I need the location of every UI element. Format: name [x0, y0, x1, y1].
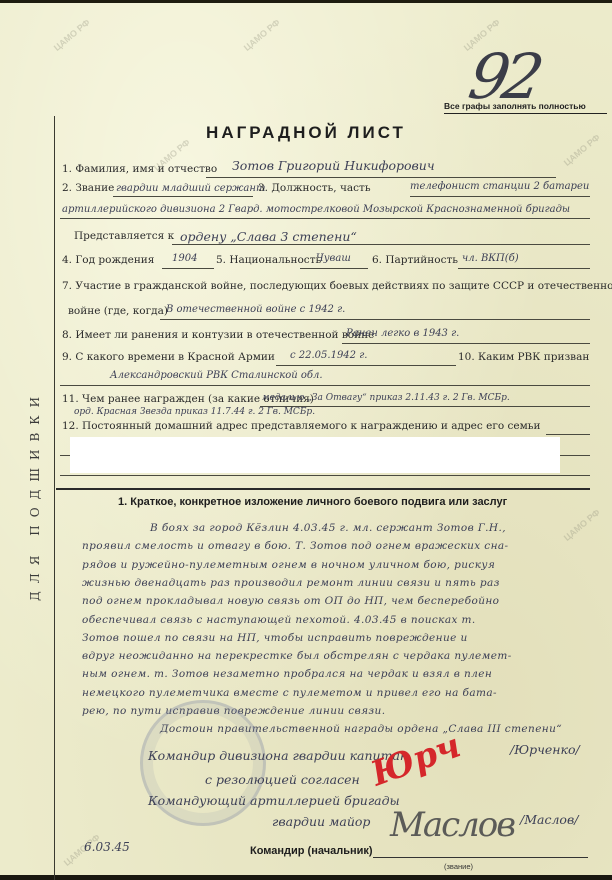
- field-4-label: 4. Год рождения: [62, 254, 154, 266]
- binding-margin-line: [54, 116, 55, 880]
- presented-line: [172, 244, 590, 245]
- field-2-line: [113, 196, 253, 197]
- field-6-line: [458, 268, 590, 269]
- section-title: 1. Краткое, конкретное изложение личного…: [118, 496, 507, 508]
- field-1-label: 1. Фамилия, имя и отчество: [62, 163, 217, 175]
- section-divider: [56, 488, 590, 490]
- watermark: ЦАМО РФ: [242, 17, 282, 53]
- field-9-label: 9. С какого времени в Красной Армии: [62, 351, 275, 363]
- field-10-value: Александровский РВК Сталинской обл.: [110, 370, 323, 381]
- field-9-line: [276, 365, 456, 366]
- field-5-value: Чуваш: [316, 253, 351, 264]
- watermark: ЦАМО РФ: [52, 17, 92, 53]
- field-8-label: 8. Имеет ли ранения и контузии в отечест…: [62, 329, 374, 341]
- field-3-cont-line: [60, 218, 590, 219]
- field-1-value: Зотов Григорий Никифорович: [232, 158, 435, 173]
- field-9-value: с 22.05.1942 г.: [290, 350, 367, 361]
- signatory-name-2: /Маслов/: [520, 812, 578, 827]
- field-4-value: 1904: [172, 253, 197, 264]
- rank-caption: (звание): [444, 862, 473, 871]
- field-5-label: 5. Национальность: [216, 254, 321, 266]
- binding-label: ДЛЯ ПОДШИВКИ: [28, 370, 52, 620]
- feat-line: В боях за город Кёзлин 4.03.45 г. мл. се…: [150, 522, 506, 534]
- award-sheet-page: ДЛЯ ПОДШИВКИ ЦАМО РФ ЦАМО РФ ЦАМО РФ ЦАМ…: [0, 0, 612, 880]
- commander-label: Командир (начальник): [250, 845, 373, 857]
- feat-line: вдруг неожиданно на перекрестке был обст…: [82, 650, 512, 662]
- presented-value: ордену „Слава 3 степени“: [180, 229, 357, 244]
- scan-top-edge: [0, 0, 612, 3]
- feat-line: проявил смелость и отвагу в бою. Т. Зото…: [82, 540, 509, 552]
- feat-line: рядов и ружейно-пулеметным огнем в ночно…: [82, 559, 495, 571]
- field-4-line: [162, 268, 214, 269]
- field-12-line: [546, 434, 590, 435]
- field-3-line: [410, 196, 590, 197]
- field-7-line: [160, 319, 590, 320]
- field-5-line: [300, 268, 368, 269]
- field-7-label-cont: войне (где, когда): [68, 305, 168, 317]
- scan-bottom-edge: [0, 875, 612, 880]
- field-6-value: чл. ВКП(б): [462, 253, 519, 264]
- field-8-value: Ранен легко в 1943 г.: [346, 328, 459, 339]
- document-title: НАГРАДНОЙ ЛИСТ: [0, 123, 612, 143]
- field-8-line: [342, 343, 590, 344]
- signature-line-3: Командующий артиллерией бригады: [148, 793, 400, 808]
- document-date: 6.03.45: [84, 840, 130, 854]
- feat-line: обеспечивал связь с наступающей пехотой.…: [82, 614, 476, 626]
- field-3-label: 3. Должность, часть: [258, 182, 371, 194]
- field-7-value: В отечественной войне с 1942 г.: [166, 304, 345, 315]
- field-6-label: 6. Партийность: [372, 254, 458, 266]
- red-signature: Юрч: [366, 725, 466, 794]
- feat-line: ным огнем. т. Зотов незаметно пробрался …: [82, 668, 492, 680]
- field-12-line-3: [60, 475, 590, 476]
- field-1-line: [206, 177, 556, 178]
- feat-line: жизнью двенадцать раз производил ремонт …: [82, 577, 500, 589]
- commander-signature-line: [373, 857, 588, 858]
- redacted-address: [70, 437, 560, 473]
- fill-instructions: Все графы заполнять полностью: [444, 101, 607, 114]
- field-11-value-cont: орд. Красная Звезда приказ 11.7.44 г. 2 …: [74, 407, 315, 417]
- feat-line: под огнем прокладывал новую связь от ОП …: [82, 595, 499, 607]
- field-11-value: медалью „За Отвагу“ приказ 2.11.43 г. 2 …: [262, 393, 510, 403]
- signature-line-2: с резолюцией согласен: [205, 772, 360, 787]
- signature-line-4: гвардии майор: [272, 814, 370, 829]
- presented-label: Представляется к: [74, 230, 174, 242]
- signatory-name-1: /Юрченко/: [510, 742, 580, 757]
- watermark: ЦАМО РФ: [562, 507, 602, 543]
- field-3-value: телефонист станции 2 батареи: [410, 181, 589, 192]
- feat-line: немецкого пулеметчика вместе с пулеметом…: [82, 687, 497, 699]
- field-12-label: 12. Постоянный домашний адрес представля…: [62, 420, 540, 432]
- field-2-label: 2. Звание: [62, 182, 114, 194]
- field-7-label: 7. Участие в гражданской войне, последую…: [62, 280, 612, 292]
- feat-line: Зотов пошел по связи на НП, чтобы исправ…: [82, 632, 468, 644]
- field-3-value-cont: артиллерийского дивизиона 2 Гвард. мотос…: [62, 204, 570, 215]
- field-10-line: [60, 385, 590, 386]
- field-2-value: гвардии младший сержант: [116, 183, 265, 194]
- field-10-label: 10. Каким РВК призван: [458, 351, 589, 363]
- commander-signature: Маслов: [390, 805, 514, 845]
